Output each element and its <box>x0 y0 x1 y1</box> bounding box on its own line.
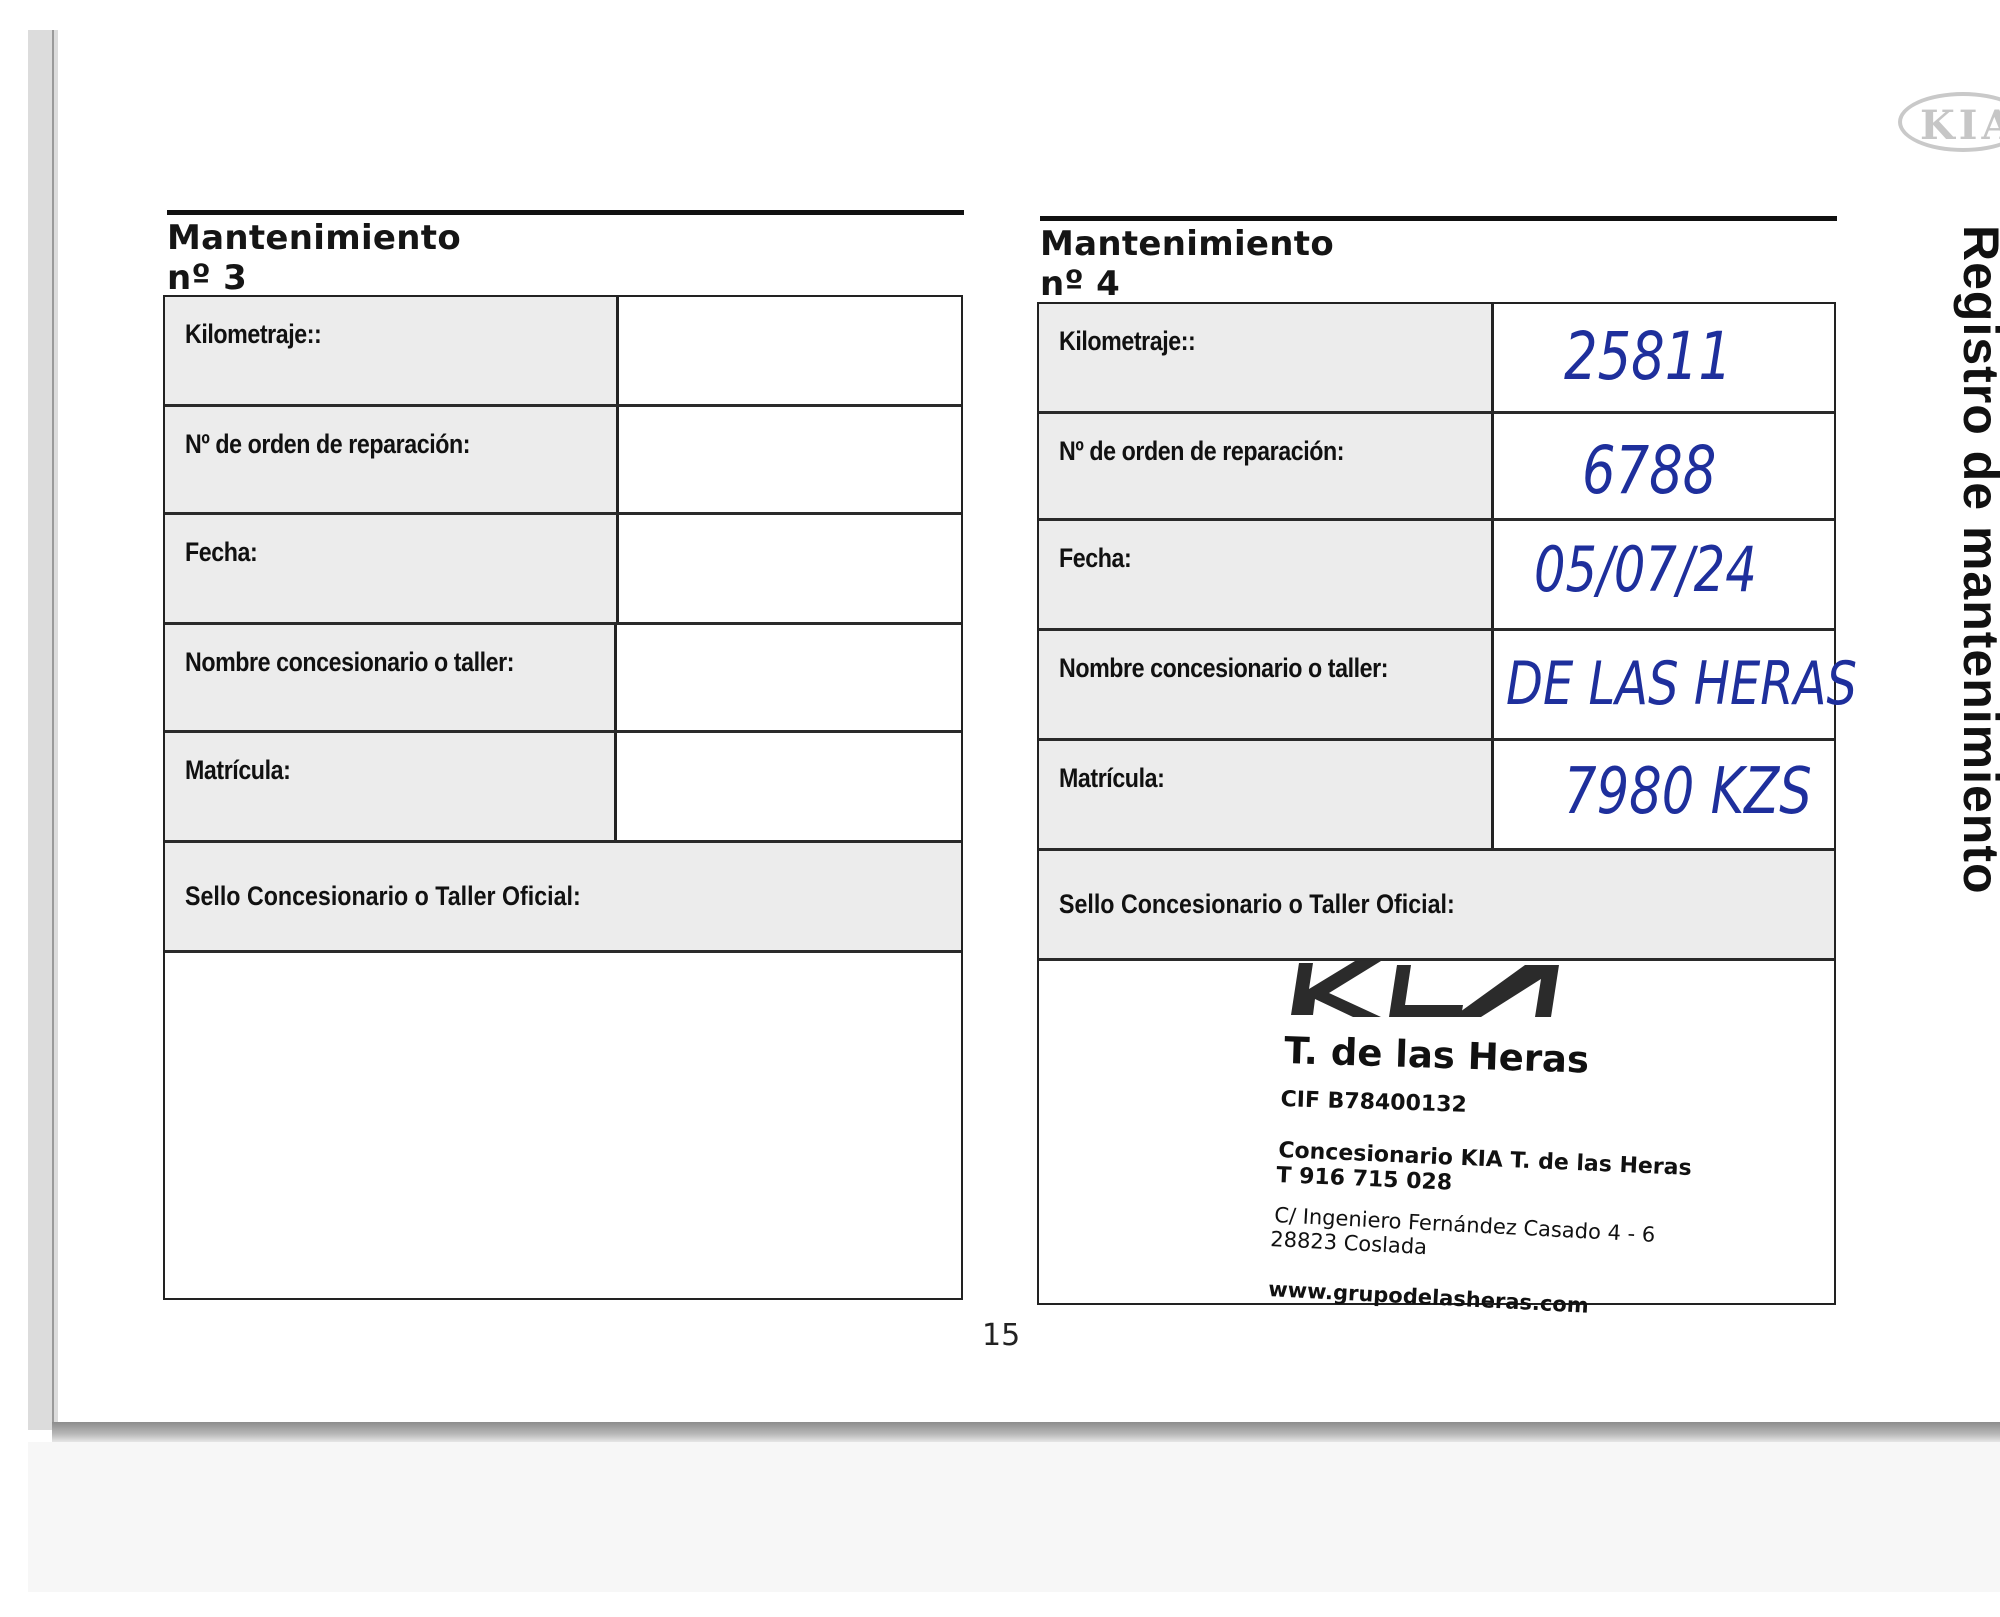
side-title: Registro de mantenimiento <box>1960 225 2000 1015</box>
label-sello: Sello Concesionario o Taller Oficial: <box>165 843 961 953</box>
section-rule <box>167 210 964 215</box>
row-matricula: Matrícula: <box>165 733 961 843</box>
field-fecha[interactable]: 05/07/24 <box>1494 521 1834 628</box>
row-nombre: Nombre concesionario o taller: DE LAS HE… <box>1039 631 1834 741</box>
label-kilometraje: Kilometraje:: <box>1039 304 1494 411</box>
label-matricula: Matrícula: <box>165 733 617 840</box>
row-kilometraje: Kilometraje:: <box>165 297 961 407</box>
row-fecha: Fecha: <box>165 515 961 625</box>
section-rule <box>1040 216 1837 221</box>
label-nombre: Nombre concesionario o taller: <box>165 625 617 730</box>
dealer-stamp: T. de las Heras CIF B78400132 Concesiona… <box>1275 955 1715 1335</box>
label-fecha: Fecha: <box>165 515 619 622</box>
label-sello: Sello Concesionario o Taller Oficial: <box>1039 851 1834 961</box>
kia-logo-icon <box>1285 955 1565 1023</box>
row-orden: Nº de orden de reparación: <box>165 407 961 515</box>
field-nombre[interactable]: DE LAS HERAS <box>1494 631 1834 738</box>
field-orden[interactable] <box>619 407 961 512</box>
row-orden: Nº de orden de reparación: 6788 <box>1039 414 1834 521</box>
label-matricula: Matrícula: <box>1039 741 1494 848</box>
row-fecha: Fecha: 05/07/24 <box>1039 521 1834 631</box>
stamp-area[interactable] <box>165 953 961 1298</box>
stamp-cif: CIF B78400132 <box>1280 1087 1467 1118</box>
label-kilometraje: Kilometraje:: <box>165 297 619 404</box>
field-matricula[interactable]: 7980 KZS <box>1494 741 1834 848</box>
stamp-website: www.grupodelasheras.com <box>1268 1277 1590 1318</box>
maintenance-3-form: Kilometraje:: Nº de orden de reparación:… <box>163 295 963 1300</box>
kia-logo-icon: KIA <box>1898 92 2000 152</box>
page-left-edge <box>52 30 54 1430</box>
stamp-dealer-name: T. de las Heras <box>1284 1029 1590 1082</box>
section-title: Mantenimiento nº 3 <box>167 218 461 298</box>
field-kilometraje[interactable] <box>619 297 961 404</box>
field-fecha[interactable] <box>619 515 961 622</box>
scan-background <box>28 1442 2000 1592</box>
row-nombre: Nombre concesionario o taller: <box>165 625 961 733</box>
field-nombre[interactable] <box>617 625 961 730</box>
field-kilometraje[interactable]: 25811 <box>1494 304 1834 411</box>
label-orden: Nº de orden de reparación: <box>165 407 619 512</box>
row-matricula: Matrícula: 7980 KZS <box>1039 741 1834 851</box>
side-title-text: Registro de mantenimiento <box>1952 225 2000 895</box>
page-number: 15 <box>982 1318 1020 1353</box>
label-orden: Nº de orden de reparación: <box>1039 414 1494 518</box>
label-fecha: Fecha: <box>1039 521 1494 628</box>
section-title: Mantenimiento nº 4 <box>1040 224 1334 304</box>
page-bottom-edge <box>52 1422 2000 1442</box>
field-matricula[interactable] <box>617 733 961 840</box>
field-orden[interactable]: 6788 <box>1494 414 1834 518</box>
row-kilometraje: Kilometraje:: 25811 <box>1039 304 1834 414</box>
label-nombre: Nombre concesionario o taller: <box>1039 631 1494 738</box>
